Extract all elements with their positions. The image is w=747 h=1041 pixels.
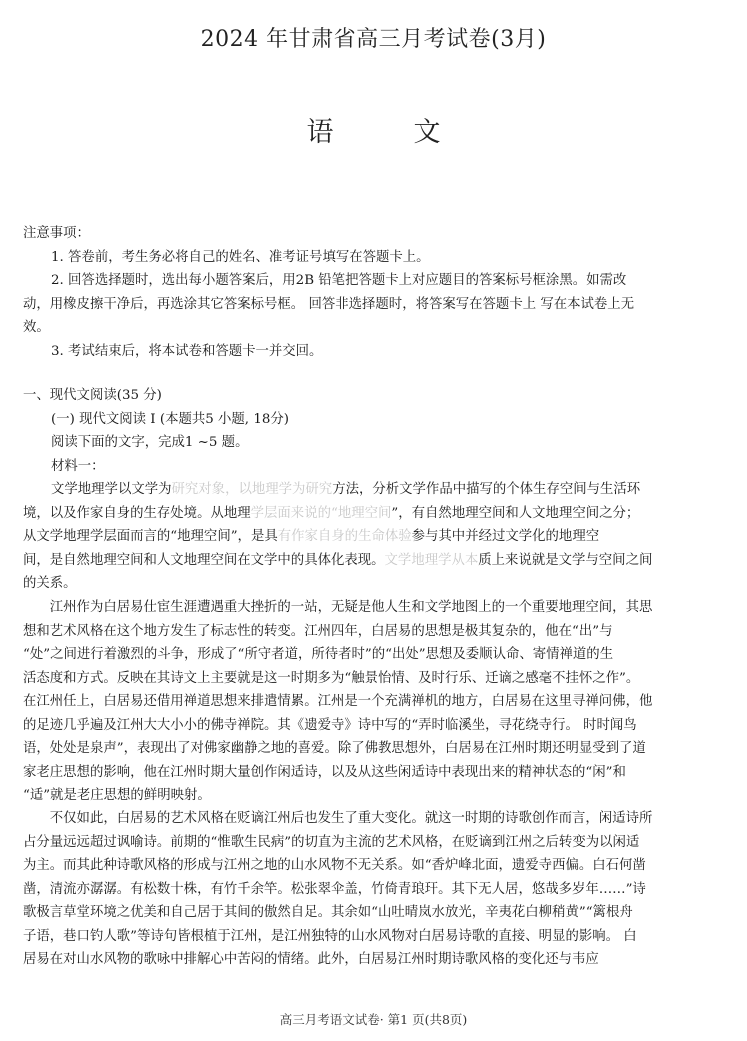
section-heading: 一、现代文阅读(35 分) — [23, 384, 731, 408]
passage-text: 从文学地理学层面而言的“地理空间”，是具 — [23, 529, 278, 544]
passage-text: ”，有自然地理空间和人文地理空间之分； — [391, 506, 639, 521]
passage-line: 江州作为白居易仕宦生涯遭遇重大挫折的一站，无疑是他人生和文学地图上的一个重要地理… — [23, 596, 731, 620]
faded-text: 学层面来说的“地理空间 — [251, 506, 392, 521]
passage-line: 凿，清流亦潺潺。有松数十株，有竹千余竿。松张翠伞盖，竹倚青琅玕。其下无人居，悠哉… — [23, 878, 731, 902]
faded-text: 文学地理学从本 — [385, 553, 479, 568]
passage-line: 想和艺术风格在这个地方发生了标志性的转变。江州四年，白居易的思想是极其复杂的，他… — [23, 620, 731, 644]
notice-item-1: 1. 答卷前，考生务必将自己的姓名、准考证号填写在答题卡上。 — [23, 246, 731, 270]
passage-line: “适”就是老庄思想的鲜明映射。 — [23, 784, 731, 808]
passage-paragraph-3: 不仅如此，白居易的艺术风格在贬谪江州后也发生了重大变化。就这一时期的诗歌创作而言… — [23, 807, 731, 972]
passage-line: 境，以及作家自身的生存处境。从地理学层面来说的“地理空间”，有自然地理空间和人文… — [23, 502, 731, 526]
passage-line: 间，是自然地理空间和人文地理空间在文学中的具体化表现。文学地理学从本质上来说就是… — [23, 549, 731, 573]
material-label: 材料一： — [23, 455, 731, 479]
passage-paragraph-1: 文学地理学以文学为研究对象，以地理学为研究方法，分析文学作品中描写的个体生存空间… — [23, 478, 731, 596]
passage-text: 方法，分析文学作品中描写的个体生存空间与生活环 — [332, 482, 640, 497]
passage-text: 文学地理学以文学为 — [51, 482, 172, 497]
notice-item-2-cont: 动，用橡皮擦干净后，再选涂其它答案标号框。 回答非选择题时，将答案写在答题卡上 … — [23, 293, 731, 317]
page-footer: 高三月考语文试卷· 第1 页(共8页) — [0, 1010, 747, 1028]
passage-paragraph-2: 江州作为白居易仕宦生涯遭遇重大挫折的一站，无疑是他人生和文学地图上的一个重要地理… — [23, 596, 731, 808]
passage-line: 在江州任上，白居易还借用禅道思想来排遣情累。江州是一个充满禅机的地方，白居易在这… — [23, 690, 731, 714]
passage-line: 从文学地理学层面而言的“地理空间”，是具有作家自身的生命体验参与其中并经过文学化… — [23, 525, 731, 549]
passage-text: 境，以及作家自身的生存处境。从地理 — [23, 506, 251, 521]
passage-text: 质上来说就是文学与空间之间 — [478, 553, 652, 568]
passage-text: 的关系。 — [23, 576, 77, 591]
passage-line: 歌极言草堂环境之优美和自己居于其间的傲然自足。其余如“山吐晴岚水放光，辛夷花白柳… — [23, 901, 731, 925]
passage-line: 的足迹几乎遍及江州大大小小的佛寺禅院。其《遗爱寺》诗中写的“弄时临溪坐，寻花绕寺… — [23, 714, 731, 738]
passage-line: “处”之间进行着激烈的斗争，形成了“所守者道，所待者时”的“出处”思想及委顺认命… — [23, 643, 731, 667]
passage-line: 占分量远远超过讽喻诗。前期的“惟歌生民病”的切直为主流的艺术风格，在贬谪到江州之… — [23, 831, 731, 855]
passage-line: 家老庄思想的影响，他在江州时期大量创作闲适诗，以及从这些闲适诗中表现出来的精神状… — [23, 761, 731, 785]
notice-section: 注意事项： 1. 答卷前，考生务必将自己的姓名、准考证号填写在答题卡上。 2. … — [23, 222, 731, 363]
passage-line: 文学地理学以文学为研究对象，以地理学为研究方法，分析文学作品中描写的个体生存空间… — [23, 478, 731, 502]
passage-line: 不仅如此，白居易的艺术风格在贬谪江州后也发生了重大变化。就这一时期的诗歌创作而言… — [23, 807, 731, 831]
passage-line: 的关系。 — [23, 572, 731, 596]
passage-line: 居易在对山水风物的歌咏中排解心中苦闷的情绪。此外，白居易江州时期诗歌风格的变化还… — [23, 948, 731, 972]
passage-text: 间，是自然地理空间和人文地理空间在文学中的具体化表现。 — [23, 553, 385, 568]
notice-heading: 注意事项： — [23, 222, 731, 246]
reading-instruction: 阅读下面的文字，完成1 ~5 题。 — [23, 431, 731, 455]
passage-line: 为主。而其此种诗歌风格的形成与江州之地的山水风物不无关系。如“香炉峰北面，遗爱寺… — [23, 854, 731, 878]
passage-line: 子语，巷口钓人歌”等诗句皆根植于江州，是江州独特的山水风物对白居易诗歌的直接、明… — [23, 925, 731, 949]
subject-char-1: 语 — [307, 110, 334, 149]
passage-line: 活态度和方式。反映在其诗文上主要就是这一时期多为“触景怡情、及时行乐、迁谪之感毫… — [23, 667, 731, 691]
notice-item-2: 2. 回答选择题时，选出每小题答案后，用2B 铅笔把答题卡上对应题目的答案标号框… — [23, 269, 731, 293]
subject-title: 语文 — [0, 110, 747, 149]
sub-section-heading: (一) 现代文阅读 Ⅰ (本题共5 小题, 18分) — [23, 408, 731, 432]
subject-char-2: 文 — [414, 110, 441, 149]
faded-text: 研究对象，以地理学为研究 — [172, 482, 333, 497]
passage-line: 语，处处是泉声”，表现出了对佛家幽静之地的喜爱。除了佛教思想外，白居易在江州时期… — [23, 737, 731, 761]
passage-text: 参与其中并经过文学化的地理空 — [412, 529, 599, 544]
faded-text: 有作家自身的生命体验 — [278, 529, 412, 544]
notice-item-3: 3. 考试结束后，将本试卷和答题卡一并交回。 — [23, 340, 731, 364]
notice-item-2-end: 效。 — [23, 316, 731, 340]
exam-title: 2024 年甘肃省高三月考试卷(3月) — [0, 22, 747, 53]
reading-section: 一、现代文阅读(35 分) (一) 现代文阅读 Ⅰ (本题共5 小题, 18分)… — [23, 384, 731, 478]
